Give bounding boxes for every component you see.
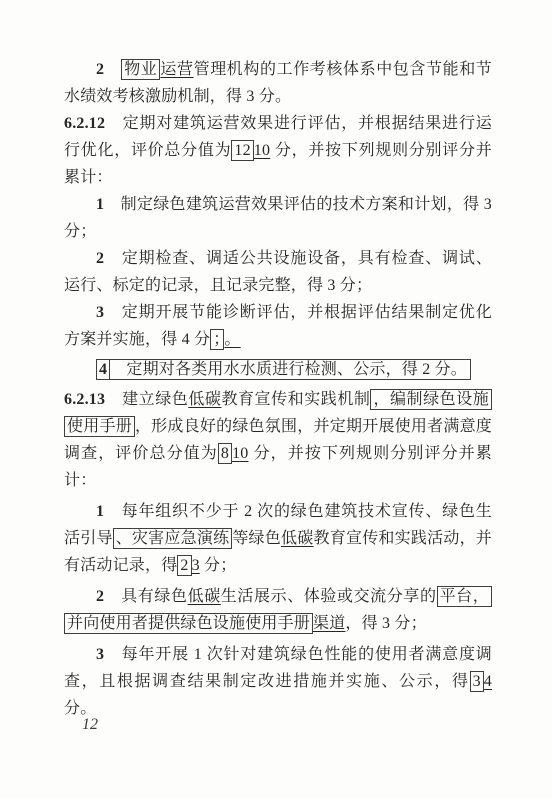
clause-6-2-13-item-3: 3 每年开展 1 次针对建筑绿色性能的使用者满意度调查，且根据调查结果制定改进措…	[64, 641, 492, 722]
clause-6-2-12-item-3: 3 定期开展节能诊断评估，并根据评估结果制定优化方案并实施，得 4 分；。	[64, 299, 492, 353]
text-segment: 3	[96, 646, 104, 663]
text-segment: ，得 3 分；	[345, 615, 426, 632]
text-segment: 等绿色	[232, 530, 281, 547]
document-page: 2 物业运营管理机构的工作考核体系中包含节能和节水绩效考核激励机制，得 3 分。…	[0, 0, 552, 799]
revision-deleted-box: ；	[210, 329, 224, 350]
revision-deleted-box: 8	[218, 443, 232, 464]
text-segment: 定期开展节能诊断评估，并根据评估结果制定优化方案并实施，得 4 分	[64, 304, 492, 348]
text-segment	[104, 61, 121, 78]
text-segment: 制定绿色建筑运营效果评估的技术方案和计划，得 3 分；	[64, 196, 492, 240]
clause-6-2-12-item-4-deleted: 4 定期对各类用水水质进行检测、公示，得 2 分。	[64, 356, 492, 383]
text-segment: 1	[96, 503, 104, 520]
revision-added-underline: 低碳	[188, 588, 221, 605]
revision-deleted-box: 2	[177, 555, 191, 576]
text-segment: 2	[96, 61, 104, 78]
revision-deleted-box: 定期对各类用水水质进行检测、公示，得 2 分。	[110, 359, 471, 380]
revision-added-underline: 10	[254, 142, 270, 159]
text-segment: 具有绿色	[104, 588, 187, 605]
revision-added-underline: 渠道	[313, 615, 345, 632]
text-segment: 6.2.12	[64, 115, 105, 132]
revision-added-underline: 运营	[160, 61, 193, 78]
clause-6-2-12-item-1: 1 制定绿色建筑运营效果评估的技术方案和计划，得 3 分；	[64, 191, 492, 245]
revision-added-underline: 4	[484, 673, 492, 690]
revision-added-underline: 低碳	[188, 391, 221, 408]
clause-6-2-13-item-1: 1 每年组织不少于 2 次的绿色建筑技术宣传、绿色生活引导、灾害应急演练等绿色低…	[64, 498, 492, 579]
revision-deleted-box: 12	[231, 140, 253, 161]
text-segment: 建立绿色	[105, 391, 188, 408]
revision-added-underline: 3	[192, 557, 200, 574]
text-segment: 定期检查、调适公共设施设备，具有检查、调试、运行、标定的记录，且记录完整，得 3…	[64, 250, 492, 294]
document-body: 2 物业运营管理机构的工作考核体系中包含节能和节水绩效考核激励机制，得 3 分。…	[64, 56, 492, 722]
revision-deleted-box: 物业	[121, 59, 160, 80]
clause-6-2-12-item-2: 2 定期检查、调适公共设施设备，具有检查、调试、运行、标定的记录，且记录完整，得…	[64, 245, 492, 299]
text-segment: 分；	[200, 557, 237, 574]
revision-deleted-box: 、灾害应急演练	[113, 528, 233, 549]
clause-6-2-12: 6.2.12 定期对建筑运营效果进行评估，并根据结果进行运行优化，评价总分值为1…	[64, 110, 492, 191]
revision-deleted-box: 3	[470, 671, 484, 692]
text-segment: 3	[96, 304, 104, 321]
revision-deleted-box: 4	[96, 359, 110, 380]
text-segment: 教育宣传和实践机制	[221, 391, 370, 408]
text-segment: 分。	[64, 700, 96, 717]
text-segment: 生活展示、体验或交流分享的	[221, 588, 437, 605]
text-segment: 1	[96, 196, 104, 213]
clause-6-2-13-item-2: 2 具有绿色低碳生活展示、体验或交流分享的平台，并向使用者提供绿色设施使用手册渠…	[64, 583, 492, 637]
clause-item-2-property-management: 2 物业运营管理机构的工作考核体系中包含节能和节水绩效考核激励机制，得 3 分。	[64, 56, 492, 110]
page-number: 12	[82, 716, 98, 734]
text-segment: 2	[96, 250, 104, 267]
revision-added-underline: 10	[232, 445, 248, 462]
text-segment: 每年开展 1 次针对建筑绿色性能的使用者满意度调查，且根据调查结果制定改进措施并…	[64, 646, 492, 690]
revision-added-underline: 。	[224, 331, 240, 348]
clause-6-2-13: 6.2.13 建立绿色低碳教育宣传和实践机制，编制绿色设施使用手册，形成良好的绿…	[64, 386, 492, 494]
text-segment: 2	[96, 588, 104, 605]
text-segment: 6.2.13	[64, 391, 105, 408]
revision-added-underline: 低碳	[281, 530, 313, 547]
